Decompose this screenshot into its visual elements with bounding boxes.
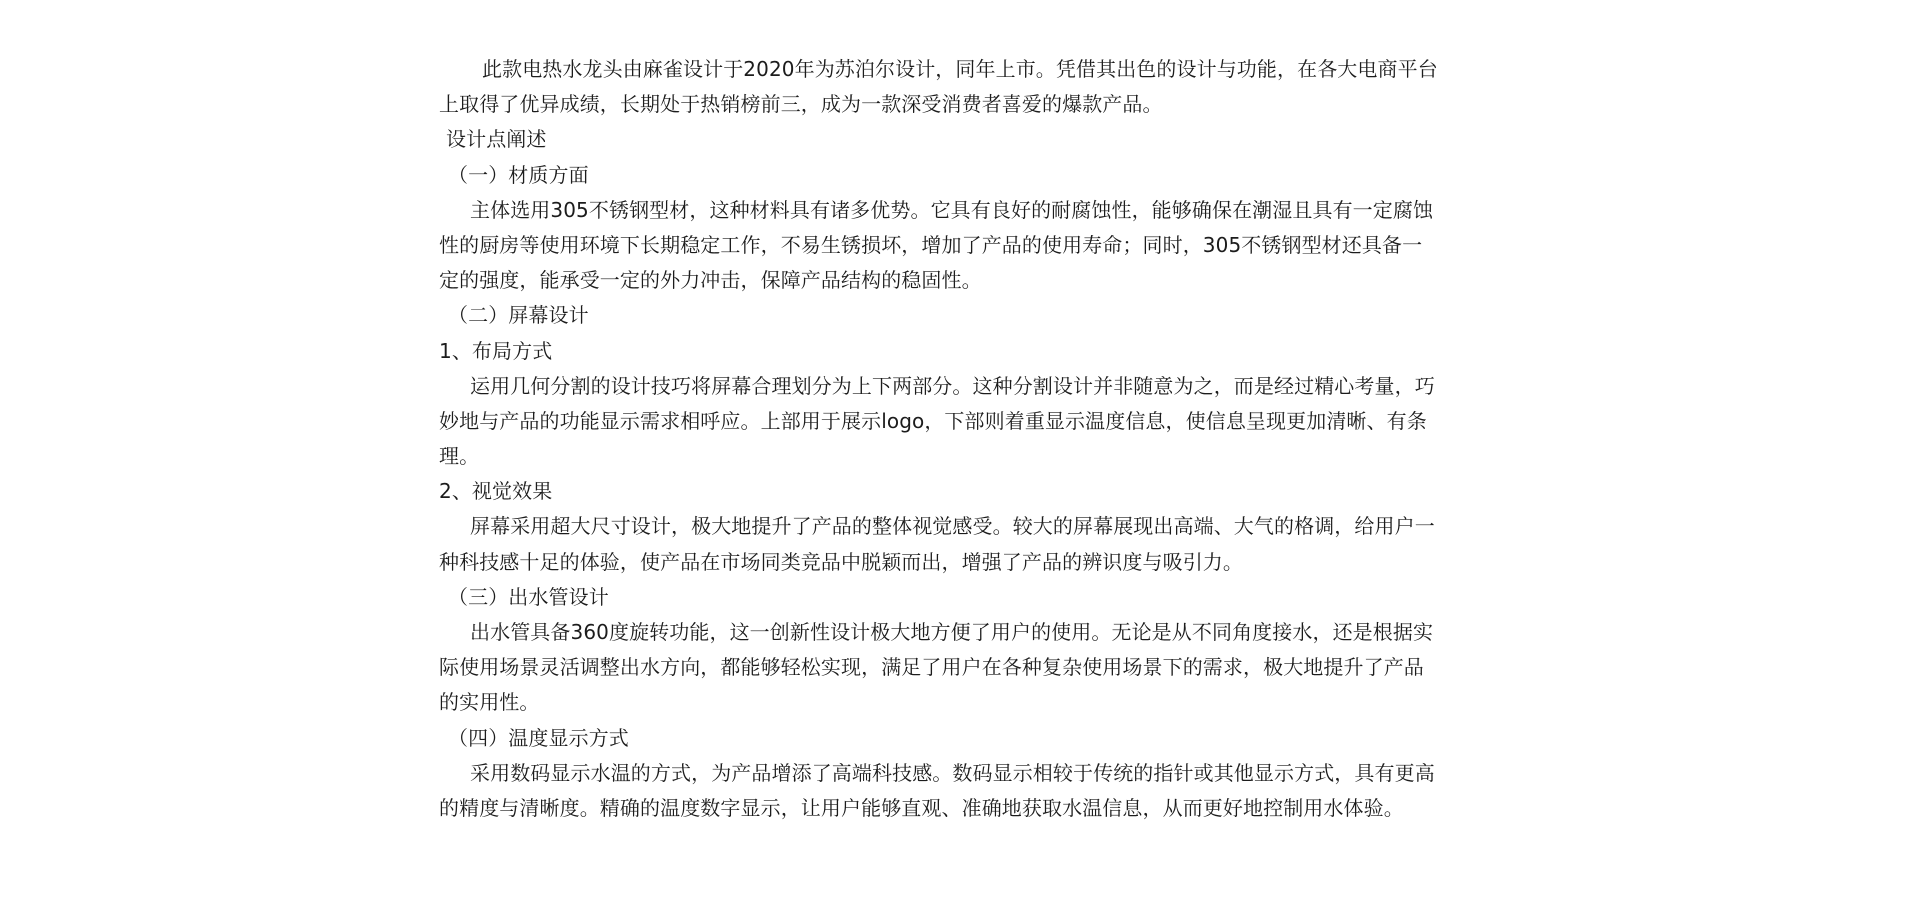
section-heading: （二）屏幕设计 [439,298,1479,333]
intro-paragraph: 此款电热水龙头由麻雀设计于2020年为苏泊尔设计，同年上市。凭借其出色的设计与功… [439,52,1479,122]
paragraph-line: 运用几何分割的设计技巧将屏幕合理划分为上下两部分。这种分割设计并非随意为之，而是… [439,369,1479,404]
paragraph-line: 采用数码显示水温的方式，为产品增添了高端科技感。数码显示相较于传统的指针或其他显… [439,756,1479,791]
section-heading: （四）温度显示方式 [439,721,1479,756]
paragraph-line: 理。 [439,439,1479,474]
subsection-heading: 2、视觉效果 [439,474,1479,509]
section-title: 设计点阐述 [439,122,1479,157]
document-body: 此款电热水龙头由麻雀设计于2020年为苏泊尔设计，同年上市。凭借其出色的设计与功… [439,52,1479,826]
paragraph-line: 此款电热水龙头由麻雀设计于2020年为苏泊尔设计，同年上市。凭借其出色的设计与功… [439,52,1479,87]
paragraph-line: 上取得了优异成绩，长期处于热销榜前三，成为一款深受消费者喜爱的爆款产品。 [439,87,1479,122]
paragraph-line: 屏幕采用超大尺寸设计，极大地提升了产品的整体视觉感受。较大的屏幕展现出高端、大气… [439,509,1479,544]
paragraph-line: 的精度与清晰度。精确的温度数字显示，让用户能够直观、准确地获取水温信息，从而更好… [439,791,1479,826]
paragraph-line: 的实用性。 [439,685,1479,720]
section-heading: （三）出水管设计 [439,580,1479,615]
paragraph-line: 种科技感十足的体验，使产品在市场同类竞品中脱颖而出，增强了产品的辨识度与吸引力。 [439,545,1479,580]
section-temperature-display: （四）温度显示方式 采用数码显示水温的方式，为产品增添了高端科技感。数码显示相较… [439,721,1479,827]
paragraph-line: 定的强度，能承受一定的外力冲击，保障产品结构的稳固性。 [439,263,1479,298]
paragraph: 出水管具备360度旋转功能，这一创新性设计极大地方便了用户的使用。无论是从不同角… [439,615,1479,721]
paragraph-line: 际使用场景灵活调整出水方向，都能够轻松实现，满足了用户在各种复杂使用场景下的需求… [439,650,1479,685]
paragraph-line: 出水管具备360度旋转功能，这一创新性设计极大地方便了用户的使用。无论是从不同角… [439,615,1479,650]
paragraph-line: 性的厨房等使用环境下长期稳定工作，不易生锈损坏，增加了产品的使用寿命；同时，30… [439,228,1479,263]
section-material: （一）材质方面 主体选用305不锈钢型材，这种材料具有诸多优势。它具有良好的耐腐… [439,158,1479,299]
paragraph: 采用数码显示水温的方式，为产品增添了高端科技感。数码显示相较于传统的指针或其他显… [439,756,1479,826]
subsection-visual-effect: 2、视觉效果 屏幕采用超大尺寸设计，极大地提升了产品的整体视觉感受。较大的屏幕展… [439,474,1479,580]
paragraph-line: 妙地与产品的功能显示需求相呼应。上部用于展示logo，下部则着重显示温度信息，使… [439,404,1479,439]
subsection-heading: 1、布局方式 [439,334,1479,369]
section-screen-design: （二）屏幕设计 1、布局方式 运用几何分割的设计技巧将屏幕合理划分为上下两部分。… [439,298,1479,580]
section-heading: （一）材质方面 [439,158,1479,193]
paragraph: 主体选用305不锈钢型材，这种材料具有诸多优势。它具有良好的耐腐蚀性，能够确保在… [439,193,1479,299]
paragraph-line: 主体选用305不锈钢型材，这种材料具有诸多优势。它具有良好的耐腐蚀性，能够确保在… [439,193,1479,228]
section-spout-design: （三）出水管设计 出水管具备360度旋转功能，这一创新性设计极大地方便了用户的使… [439,580,1479,721]
subsection-layout: 1、布局方式 运用几何分割的设计技巧将屏幕合理划分为上下两部分。这种分割设计并非… [439,334,1479,475]
